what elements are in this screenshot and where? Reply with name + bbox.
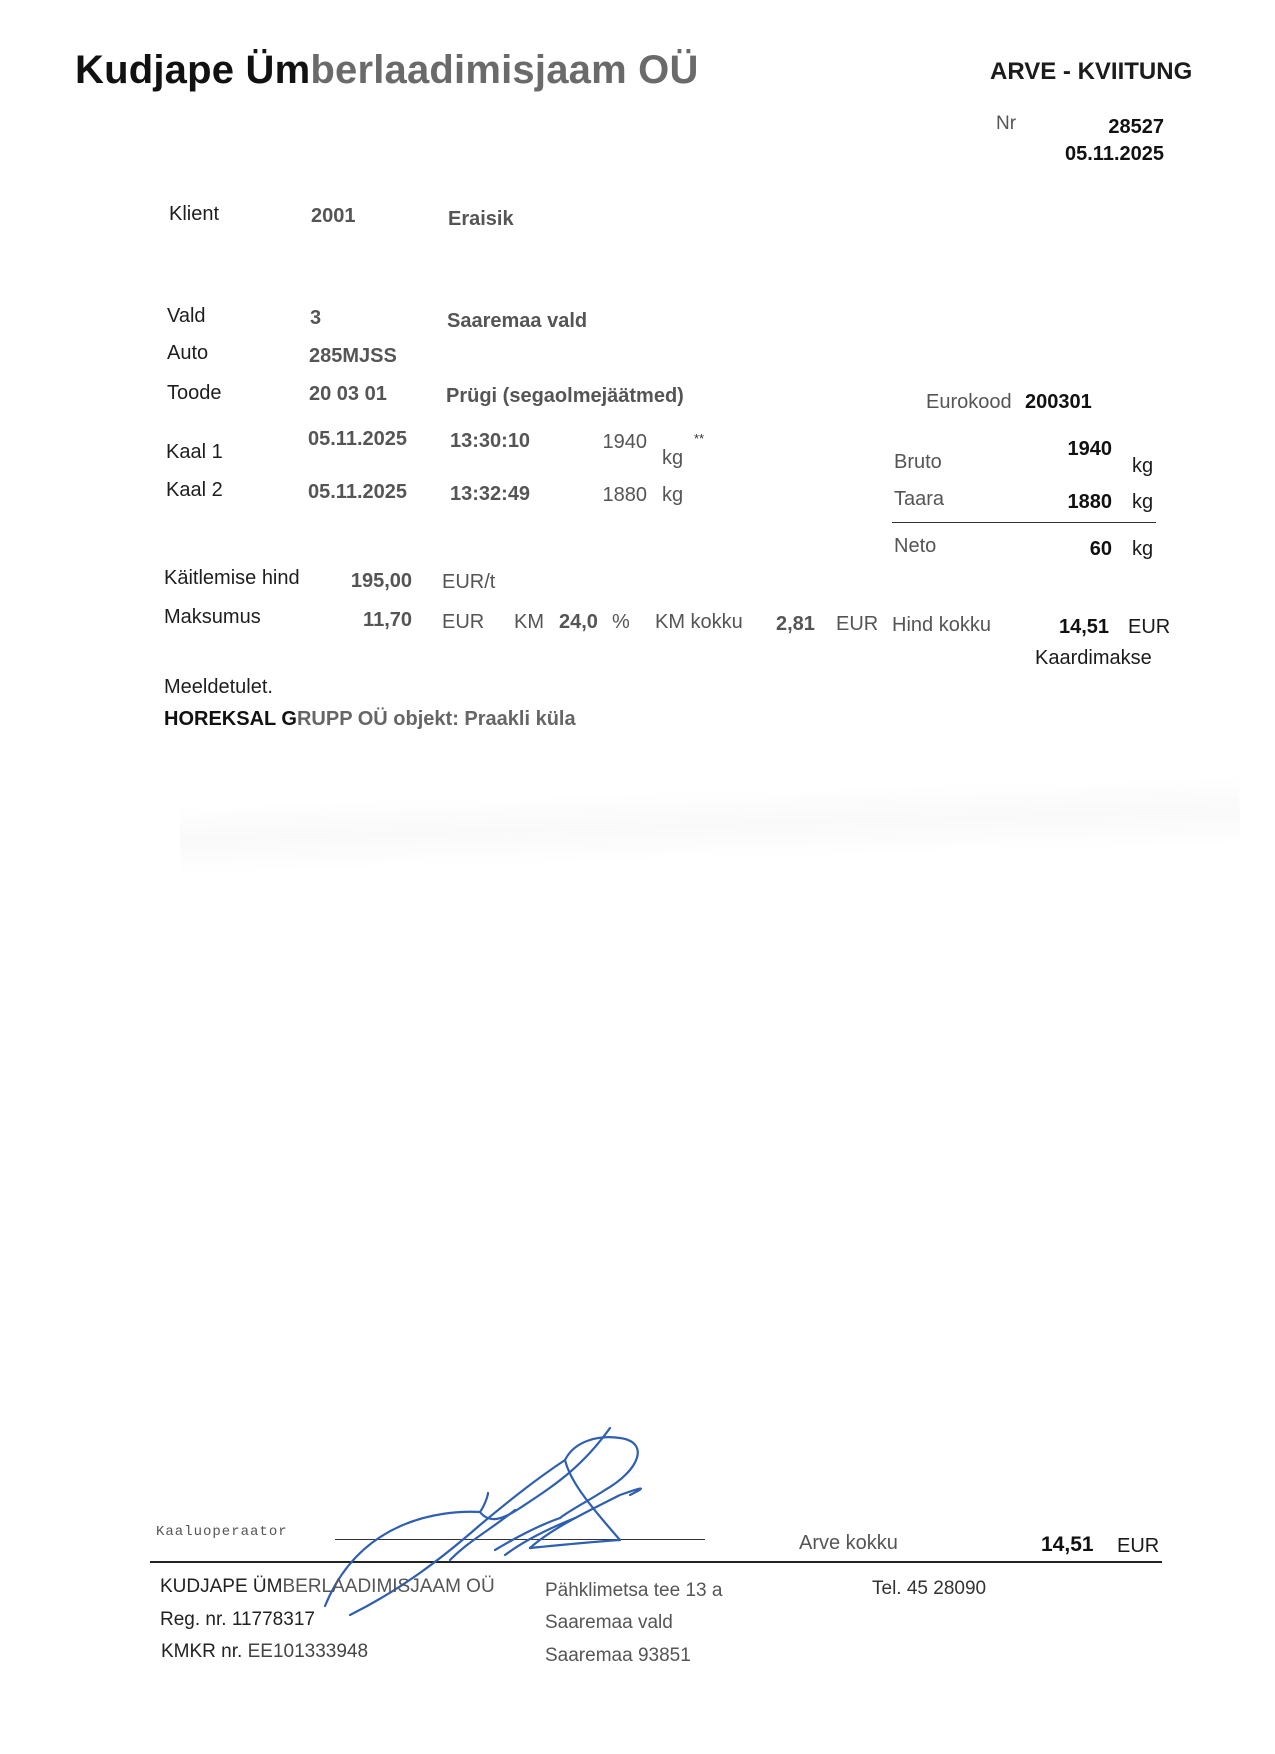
client-label: Klient bbox=[169, 203, 219, 226]
object-note: HOREKSAL GRUPP OÜ objekt: Praakli küla bbox=[164, 708, 576, 731]
handling-price-label: Käitlemise hind bbox=[164, 567, 300, 590]
handling-price-value: 195,00 bbox=[351, 570, 412, 593]
vald-label: Vald bbox=[167, 305, 206, 328]
footer-company: KUDJAPE ÜMBERLAADIMISJAAM OÜ bbox=[160, 1576, 495, 1598]
footer-reg-value: 11778317 bbox=[232, 1609, 315, 1630]
vat-total-value: 2,81 bbox=[776, 613, 815, 636]
vat-total-unit: EUR bbox=[836, 613, 878, 636]
toode-code: 20 03 01 bbox=[309, 383, 387, 406]
eurokood-value: 200301 bbox=[1025, 391, 1092, 414]
eurokood-label: Eurokood bbox=[926, 391, 1012, 414]
invoice-total-label: Arve kokku bbox=[799, 1532, 898, 1555]
object-note-dark: HOREKSAL G bbox=[164, 708, 297, 730]
footer-address-line1: Pähklimetsa tee 13 a bbox=[545, 1580, 722, 1602]
vat-rate: 24,0 bbox=[559, 611, 598, 634]
neto-unit: kg bbox=[1132, 538, 1153, 561]
invoice-number-label: Nr bbox=[996, 113, 1016, 135]
vat-percent: % bbox=[612, 611, 630, 634]
price-total-label: Hind kokku bbox=[892, 614, 991, 637]
invoice-number: 28527 bbox=[1108, 116, 1164, 139]
weighing-date: 05.11.2025 bbox=[308, 428, 407, 451]
cost-unit: EUR bbox=[442, 611, 484, 634]
client-name: Eraisik bbox=[448, 208, 514, 231]
vald-code: 3 bbox=[310, 307, 321, 330]
neto-label: Neto bbox=[894, 535, 936, 558]
weighing-unit: kg bbox=[662, 484, 683, 507]
bruto-unit: kg bbox=[1132, 455, 1153, 478]
footer-reg: Reg. nr. 11778317 bbox=[160, 1609, 315, 1631]
cost-value: 11,70 bbox=[363, 609, 412, 632]
summary-divider bbox=[892, 522, 1156, 523]
price-total-unit: EUR bbox=[1128, 616, 1170, 639]
footer-kmkr: KMKR nr. EE101333948 bbox=[161, 1641, 368, 1663]
client-code: 2001 bbox=[311, 205, 356, 228]
payment-method: Kaardimakse bbox=[1035, 647, 1152, 670]
auto-label: Auto bbox=[167, 342, 208, 365]
weighing-label: Kaal 2 bbox=[166, 479, 223, 502]
footer-kmkr-label: KMKR nr. bbox=[161, 1641, 242, 1662]
cost-label: Maksumus bbox=[164, 606, 261, 629]
weighing-time: 13:32:49 bbox=[450, 483, 530, 506]
taara-value: 1880 bbox=[1068, 491, 1113, 514]
company-title: Kudjape Ümberlaadimisjaam OÜ bbox=[75, 48, 699, 93]
reminder-note: Meeldetulet. bbox=[164, 676, 273, 699]
company-title-dark: Kudjape Üm bbox=[75, 48, 310, 92]
weighing-weight: 1940 bbox=[603, 431, 648, 454]
document-type: ARVE - KVIITUNG bbox=[990, 58, 1192, 86]
taara-label: Taara bbox=[894, 488, 944, 511]
vat-label: KM bbox=[514, 611, 544, 634]
footer-kmkr-value: EE101333948 bbox=[248, 1641, 368, 1662]
toode-name: Prügi (segaolmejäätmed) bbox=[446, 385, 684, 408]
invoice-total-value: 14,51 bbox=[1041, 1533, 1094, 1557]
vald-name: Saaremaa vald bbox=[447, 310, 587, 333]
weighing-unit: kg bbox=[662, 447, 683, 470]
weighing-mark: ** bbox=[694, 431, 704, 446]
invoice-total-unit: EUR bbox=[1117, 1535, 1159, 1558]
neto-value: 60 bbox=[1090, 538, 1112, 561]
bruto-label: Bruto bbox=[894, 451, 942, 474]
footer-company-dark: KUDJAPE ÜM bbox=[160, 1576, 282, 1597]
footer-company-faded: BERLAADIMISJAAM OÜ bbox=[282, 1576, 494, 1597]
weighing-label: Kaal 1 bbox=[166, 441, 223, 464]
weighing-date: 05.11.2025 bbox=[308, 481, 407, 504]
handling-price-unit: EUR/t bbox=[442, 571, 495, 594]
paper-crease bbox=[179, 775, 1241, 875]
taara-unit: kg bbox=[1132, 491, 1153, 514]
bruto-value: 1940 bbox=[1068, 438, 1113, 461]
price-total-value: 14,51 bbox=[1059, 616, 1109, 639]
vat-total-label: KM kokku bbox=[655, 611, 743, 634]
weighing-weight: 1880 bbox=[603, 484, 648, 507]
company-title-faded: berlaadimisjaam OÜ bbox=[310, 48, 698, 92]
toode-label: Toode bbox=[167, 382, 222, 405]
operator-label: Kaaluoperaator bbox=[156, 1524, 288, 1540]
auto-value: 285MJSS bbox=[309, 345, 397, 368]
weighing-time: 13:30:10 bbox=[450, 430, 530, 453]
footer-address-line3: Saaremaa 93851 bbox=[545, 1645, 691, 1667]
object-note-faded: RUPP OÜ objekt: Praakli küla bbox=[297, 708, 576, 730]
invoice-date: 05.11.2025 bbox=[1065, 143, 1164, 166]
footer-address-line2: Saaremaa vald bbox=[545, 1612, 673, 1634]
footer-phone: Tel. 45 28090 bbox=[872, 1578, 986, 1600]
footer-reg-label: Reg. nr. bbox=[160, 1609, 227, 1630]
